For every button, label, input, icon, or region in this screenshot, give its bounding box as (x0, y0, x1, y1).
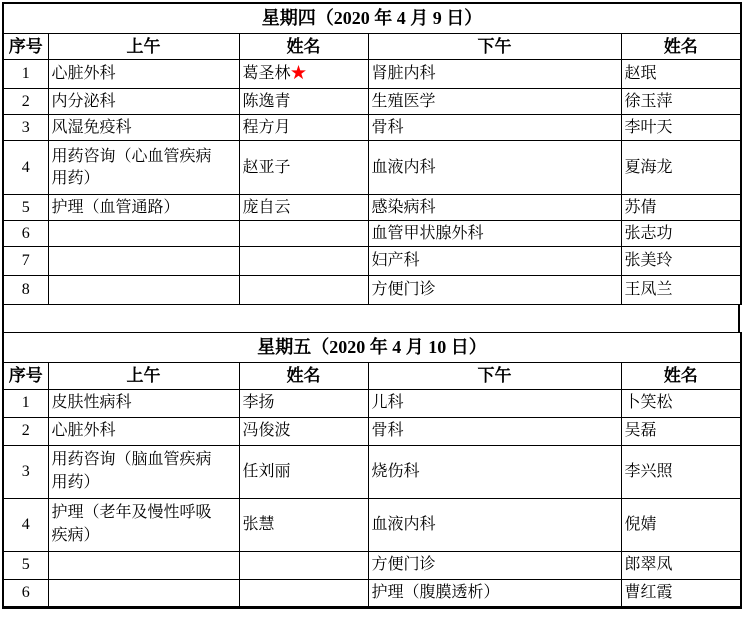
col-header-afternoon: 下午 (368, 363, 621, 389)
afternoon-doctor-cell: 徐玉萍 (621, 89, 741, 115)
col-header-index: 序号 (3, 363, 48, 389)
col-header-morning: 上午 (48, 363, 239, 389)
morning-dept-cell (48, 551, 239, 579)
afternoon-dept-cell: 感染病科 (368, 195, 621, 221)
col-header-name-am: 姓名 (239, 33, 368, 59)
morning-dept-cell (48, 221, 239, 247)
friday-schedule-table: 星期五（2020 年 4 月 10 日） 序号 上午 姓名 下午 姓名 1 皮肤… (2, 332, 742, 608)
morning-doctor-cell: 赵亚子 (239, 141, 368, 195)
doctor-name: 葛圣林 (243, 65, 291, 82)
table-row: 6 血管甲状腺外科 张志功 (3, 221, 741, 247)
row-number-cell: 2 (3, 417, 48, 445)
col-header-name-pm: 姓名 (621, 33, 741, 59)
table-row: 1 皮肤性病科 李扬 儿科 卜笑松 (3, 389, 741, 417)
morning-dept-cell (48, 579, 239, 607)
col-header-name-pm: 姓名 (621, 363, 741, 389)
header-row: 序号 上午 姓名 下午 姓名 (3, 363, 741, 389)
morning-doctor-cell: 陈逸青 (239, 89, 368, 115)
morning-doctor-cell: 冯俊波 (239, 417, 368, 445)
col-header-name-am: 姓名 (239, 363, 368, 389)
morning-doctor-cell (239, 276, 368, 305)
table-row: 2 心脏外科 冯俊波 骨科 吴磊 (3, 417, 741, 445)
row-number-cell: 5 (3, 551, 48, 579)
afternoon-dept-cell: 血液内科 (368, 498, 621, 551)
star-icon: ★ (291, 65, 307, 82)
afternoon-dept-cell: 生殖医学 (368, 89, 621, 115)
table-row: 3 风湿免疫科 程方月 骨科 李叶天 (3, 115, 741, 141)
morning-dept-cell: 心脏外科 (48, 417, 239, 445)
col-header-index: 序号 (3, 33, 48, 59)
row-number-cell: 1 (3, 389, 48, 417)
row-number-cell: 3 (3, 115, 48, 141)
afternoon-doctor-cell: 倪婧 (621, 498, 741, 551)
afternoon-doctor-cell: 苏倩 (621, 195, 741, 221)
afternoon-doctor-cell: 张志功 (621, 221, 741, 247)
friday-table-title: 星期五（2020 年 4 月 10 日） (3, 333, 741, 363)
morning-dept-cell: 用药咨询（脑血管疾病用药） (48, 445, 239, 498)
row-number-cell: 5 (3, 195, 48, 221)
morning-dept-cell (48, 247, 239, 276)
morning-dept-cell: 护理（血管通路） (48, 195, 239, 221)
col-header-afternoon: 下午 (368, 33, 621, 59)
afternoon-doctor-cell: 李叶天 (621, 115, 741, 141)
morning-dept-cell (48, 276, 239, 305)
afternoon-doctor-cell: 李兴照 (621, 445, 741, 498)
morning-doctor-cell: 程方月 (239, 115, 368, 141)
row-number-cell: 7 (3, 247, 48, 276)
morning-doctor-cell (239, 551, 368, 579)
morning-doctor-cell (239, 247, 368, 276)
afternoon-dept-cell: 肾脏内科 (368, 60, 621, 89)
row-number-cell: 8 (3, 276, 48, 305)
morning-doctor-cell (239, 579, 368, 607)
row-number-cell: 4 (3, 141, 48, 195)
row-number-cell: 6 (3, 579, 48, 607)
table-row: 7 妇产科 张美玲 (3, 247, 741, 276)
table-title-row: 星期五（2020 年 4 月 10 日） (3, 333, 741, 363)
row-number-cell: 4 (3, 498, 48, 551)
col-header-morning: 上午 (48, 33, 239, 59)
row-number-cell: 3 (3, 445, 48, 498)
morning-dept-cell: 护理（老年及慢性呼吸疾病） (48, 498, 239, 551)
morning-doctor-cell: 庞自云 (239, 195, 368, 221)
afternoon-doctor-cell: 张美玲 (621, 247, 741, 276)
morning-doctor-cell: 葛圣林★ (239, 60, 368, 89)
afternoon-dept-cell: 血液内科 (368, 141, 621, 195)
row-number-cell: 6 (3, 221, 48, 247)
afternoon-dept-cell: 护理（腹膜透析） (368, 579, 621, 607)
table-row: 4 护理（老年及慢性呼吸疾病） 张慧 血液内科 倪婧 (3, 498, 741, 551)
table-row: 5 护理（血管通路） 庞自云 感染病科 苏倩 (3, 195, 741, 221)
schedule-document: 星期四（2020 年 4 月 9 日） 序号 上午 姓名 下午 姓名 1 心脏外… (0, 0, 742, 630)
morning-doctor-cell: 李扬 (239, 389, 368, 417)
afternoon-doctor-cell: 卜笑松 (621, 389, 741, 417)
table-row: 4 用药咨询（心血管疾病用药） 赵亚子 血液内科 夏海龙 (3, 141, 741, 195)
table-gap-spacer (2, 305, 740, 332)
afternoon-doctor-cell: 王凤兰 (621, 276, 741, 305)
afternoon-dept-cell: 骨科 (368, 115, 621, 141)
table-row: 8 方便门诊 王凤兰 (3, 276, 741, 305)
morning-dept-cell: 风湿免疫科 (48, 115, 239, 141)
afternoon-dept-cell: 骨科 (368, 417, 621, 445)
afternoon-doctor-cell: 郎翠凤 (621, 551, 741, 579)
row-number-cell: 1 (3, 60, 48, 89)
afternoon-doctor-cell: 赵珉 (621, 60, 741, 89)
afternoon-dept-cell: 方便门诊 (368, 551, 621, 579)
table-row: 1 心脏外科 葛圣林★ 肾脏内科 赵珉 (3, 60, 741, 89)
afternoon-dept-cell: 烧伤科 (368, 445, 621, 498)
morning-dept-cell: 皮肤性病科 (48, 389, 239, 417)
table-row: 3 用药咨询（脑血管疾病用药） 任刘丽 烧伤科 李兴照 (3, 445, 741, 498)
afternoon-dept-cell: 方便门诊 (368, 276, 621, 305)
morning-doctor-cell (239, 221, 368, 247)
table-row: 5 方便门诊 郎翠凤 (3, 551, 741, 579)
header-row: 序号 上午 姓名 下午 姓名 (3, 33, 741, 59)
thursday-table-title: 星期四（2020 年 4 月 9 日） (3, 3, 741, 33)
morning-dept-cell: 内分泌科 (48, 89, 239, 115)
afternoon-dept-cell: 妇产科 (368, 247, 621, 276)
morning-dept-cell: 心脏外科 (48, 60, 239, 89)
row-number-cell: 2 (3, 89, 48, 115)
morning-doctor-cell: 任刘丽 (239, 445, 368, 498)
afternoon-doctor-cell: 夏海龙 (621, 141, 741, 195)
morning-dept-cell: 用药咨询（心血管疾病用药） (48, 141, 239, 195)
table-title-row: 星期四（2020 年 4 月 9 日） (3, 3, 741, 33)
morning-doctor-cell: 张慧 (239, 498, 368, 551)
afternoon-doctor-cell: 吴磊 (621, 417, 741, 445)
table-row: 6 护理（腹膜透析） 曹红霞 (3, 579, 741, 607)
thursday-schedule-table: 星期四（2020 年 4 月 9 日） 序号 上午 姓名 下午 姓名 1 心脏外… (2, 2, 742, 305)
afternoon-dept-cell: 儿科 (368, 389, 621, 417)
afternoon-dept-cell: 血管甲状腺外科 (368, 221, 621, 247)
afternoon-doctor-cell: 曹红霞 (621, 579, 741, 607)
table-row: 2 内分泌科 陈逸青 生殖医学 徐玉萍 (3, 89, 741, 115)
